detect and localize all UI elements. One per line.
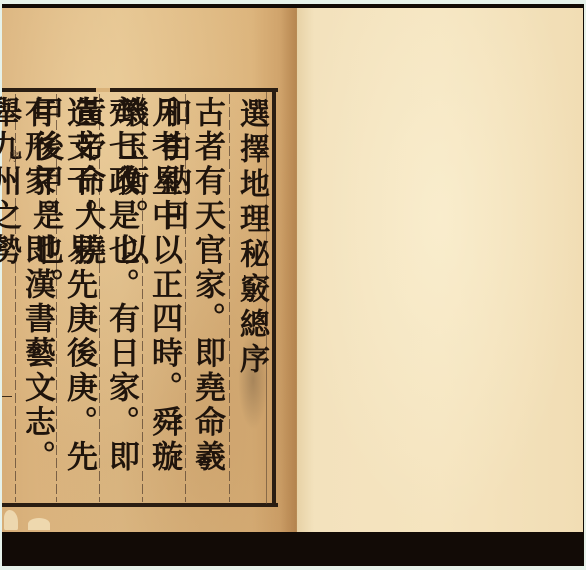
text-column-3: 齊七政是也。有日家。即黃帝命大撓 <box>104 96 138 502</box>
margin-tick <box>2 396 12 397</box>
frame-top-gap <box>96 88 110 92</box>
frame-top-border <box>2 88 278 92</box>
gutter-shadow <box>280 8 296 532</box>
column-rule <box>229 94 230 502</box>
document-title: 選擇地理秘竅總序 <box>234 98 268 504</box>
text-column-2: 月考星中以正四時。舜璇璣玉衡。以 <box>147 96 181 502</box>
paper-tear <box>28 518 50 530</box>
text-column-1: 古者有天官家。即堯命羲和由納日 <box>190 96 224 502</box>
frame-right-border <box>272 92 276 504</box>
text-column-4: 造支干。易先庚後庚。先甲後甲是也。 <box>62 96 96 502</box>
right-page <box>296 8 583 532</box>
text-column-5: 有形家。即漢書藝文志。舉九州之勢 <box>20 96 54 502</box>
margin-mark: 序 <box>6 150 23 162</box>
